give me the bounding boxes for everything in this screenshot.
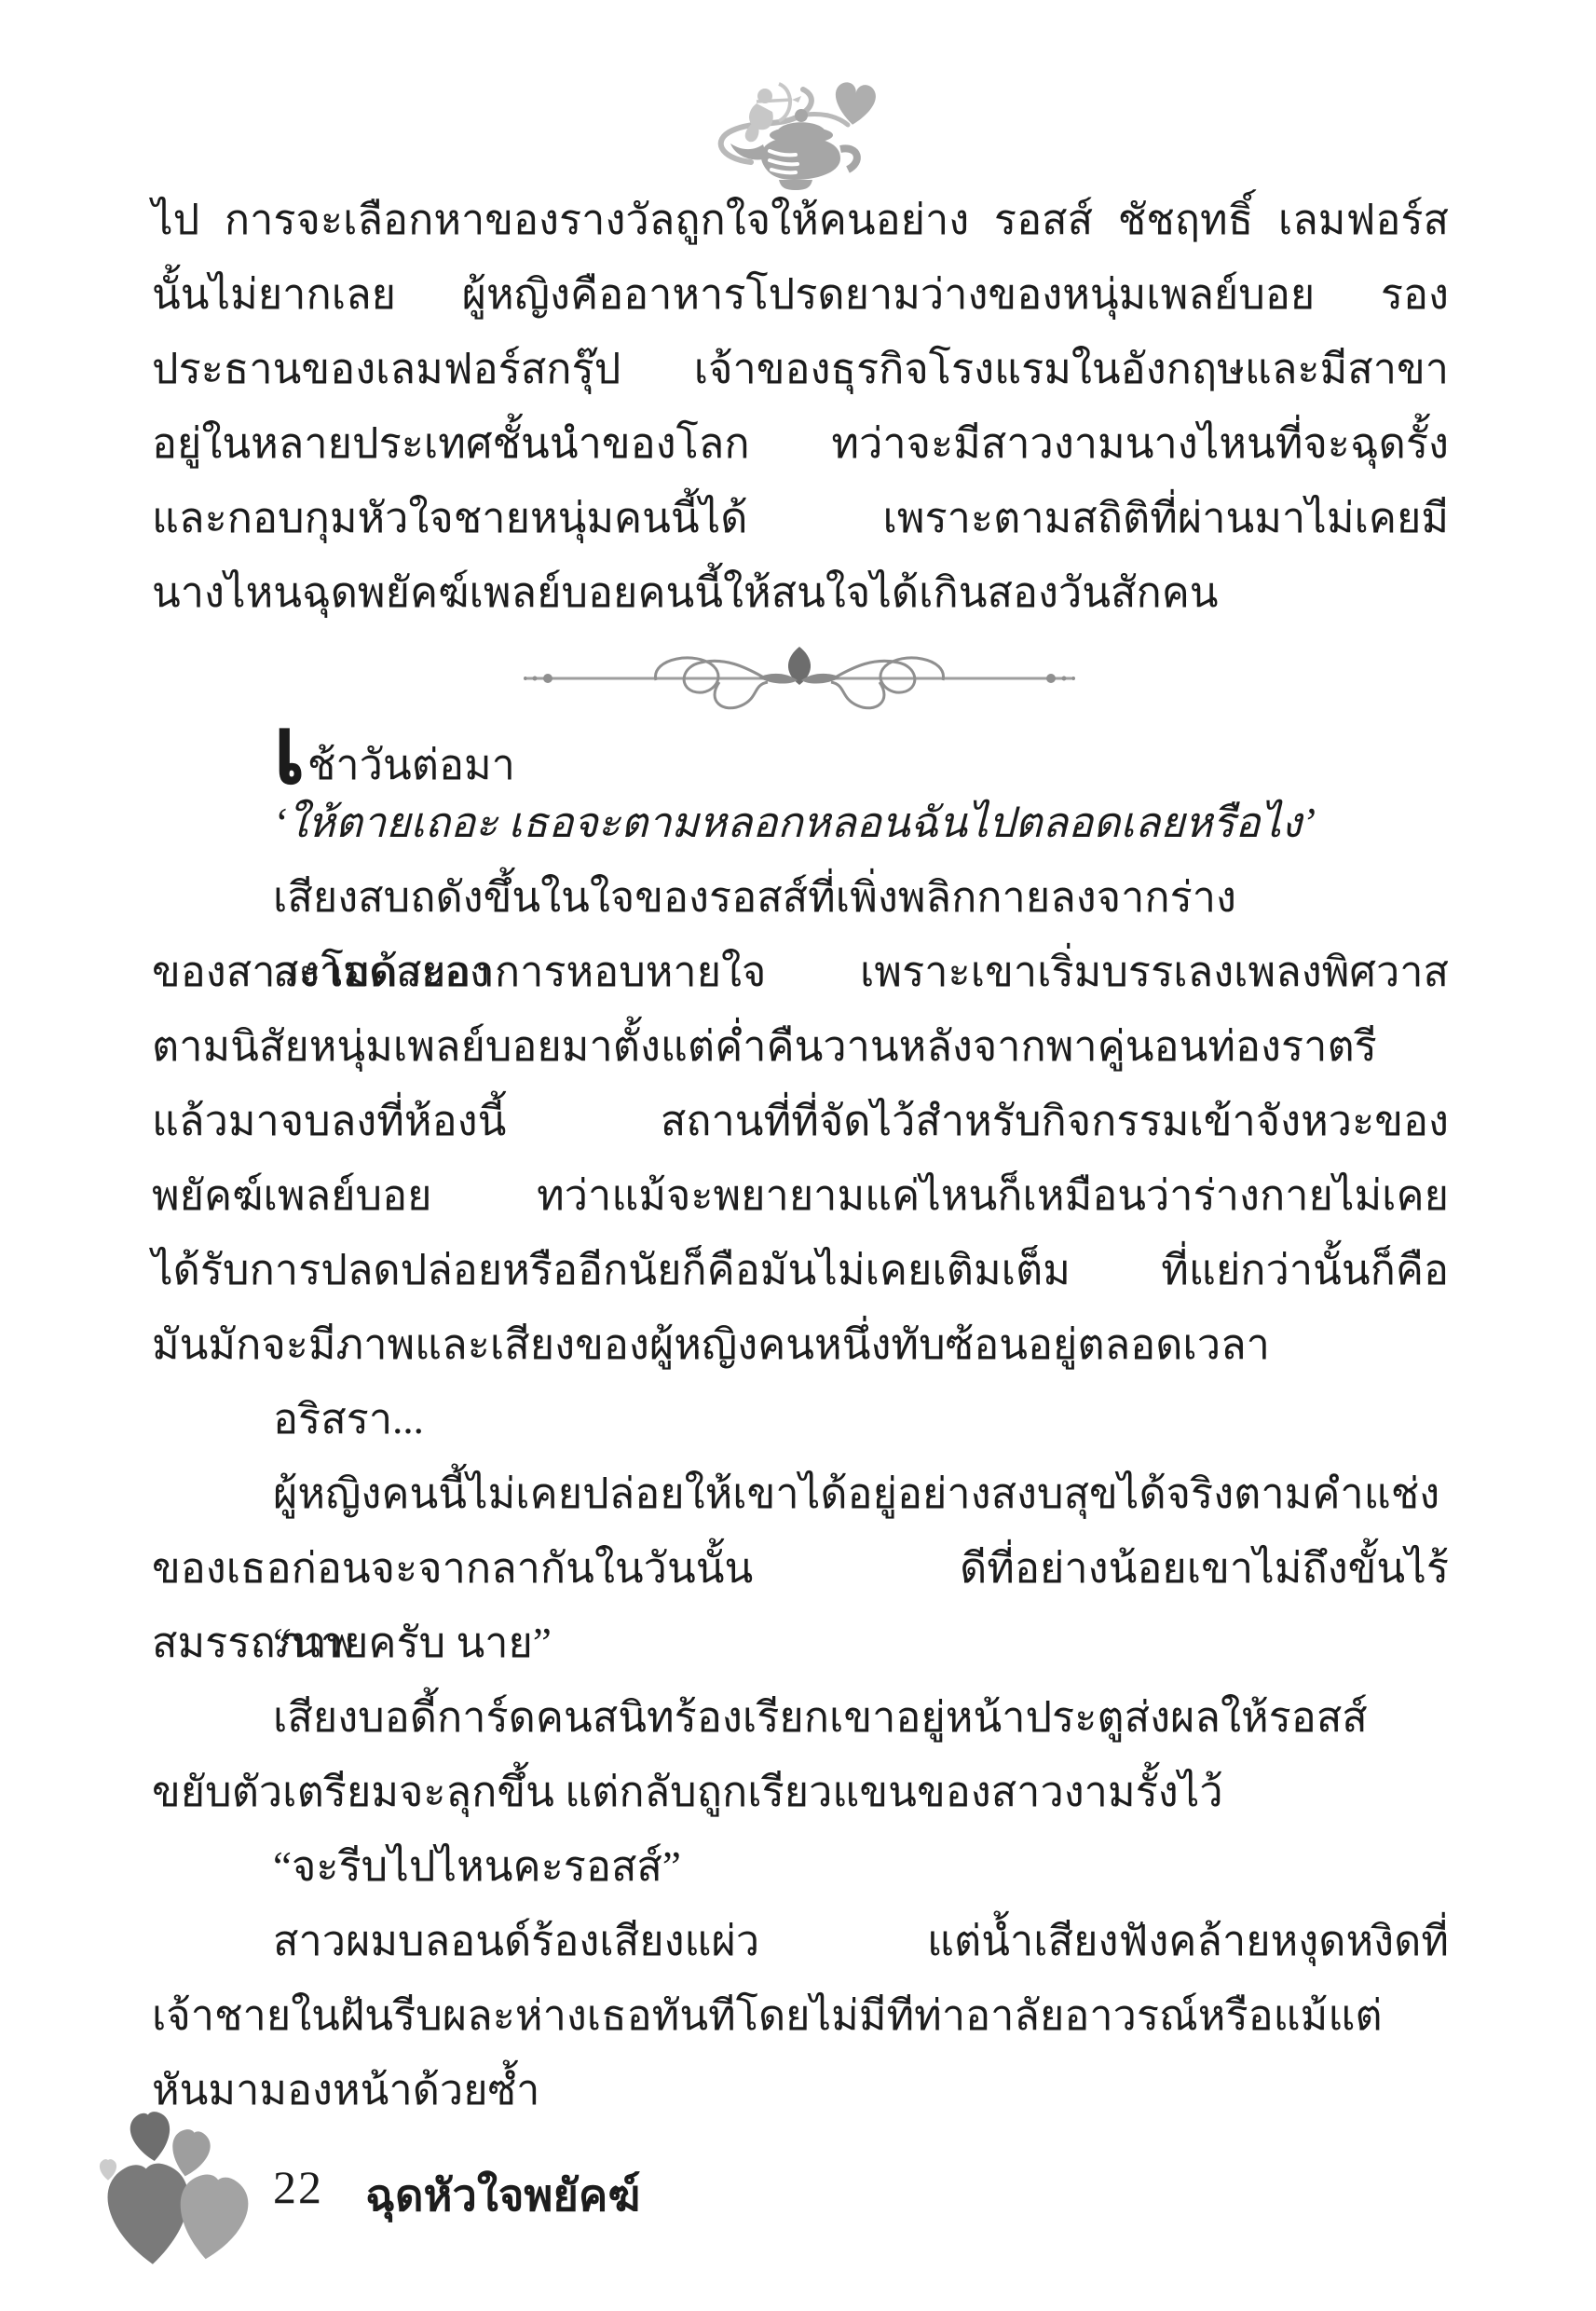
text-line: เจ้าชายในฝันรีบผละห่างเธอทันทีโดยไม่มีที… [152, 1978, 1449, 2053]
dialogue-line: “จะรีบไปไหนคะรอสส์” [152, 1829, 1449, 1904]
drop-cap: เ [273, 715, 306, 789]
text-line: นั้นไม่ยากเลย ผู้หญิงคืออาหารโปรดยามว่าง… [152, 257, 1449, 332]
text-line: เสียงบอดี้การ์ดคนสนิทร้องเรียกเขาอยู่หน้… [152, 1680, 1449, 1755]
inner-thought-quote: ‘ให้ตายเถอะ เธอจะตามหลอกหลอนฉันไปตลอดเลย… [152, 786, 1449, 860]
text-line: ของสาวงามด้วยอาการหอบหายใจ เพราะเขาเริ่ม… [152, 935, 1449, 1009]
text-line: ผู้หญิงคนนี้ไม่เคยปล่อยให้เขาได้อยู่อย่า… [152, 1456, 1449, 1531]
cupid-genie-lamp-icon [691, 73, 907, 192]
text-line: ขยับตัวเตรียมจะลุกขึ้น แต่กลับถูกเรียวแข… [152, 1755, 1449, 1829]
text-line: ไป การจะเลือกหาของรางวัลถูกใจให้คนอย่าง … [152, 183, 1449, 257]
section-opening: เช้าวันต่อมา ‘ให้ตายเถอะ เธอจะตามหลอกหลอ… [152, 711, 1449, 2127]
hearts-cluster-icon [61, 2108, 272, 2272]
text-line: อริสรา... [152, 1382, 1449, 1456]
text-line: แล้วมาจบลงที่ห้องนี้ สถานที่ที่จัดไว้สำห… [152, 1084, 1449, 1158]
text-line: เสียงสบถดังขึ้นในใจของรอสส์ที่เพิ่งพลิกก… [152, 860, 1449, 935]
text-line: พยัคฆ์เพลย์บอย ทว่าแม้จะพยายามแค่ไหนก็เห… [152, 1158, 1449, 1233]
text-line: ของเธอก่อนจะจากลากันในวันนั้น ดีที่อย่าง… [152, 1531, 1449, 1606]
book-title: ฉุดหัวใจพยัคฆ์ [365, 2160, 640, 2230]
text-line: ตามนิสัยหนุ่มเพลย์บอยมาตั้งแต่ค่ำคืนวานห… [152, 1009, 1449, 1084]
text-line: และกอบกุมหัวใจชายหนุ่มคนนี้ได้ เพราะตามส… [152, 481, 1449, 555]
text-line: ได้รับการปลดปล่อยหรืออีกนัยก็คือมันไม่เค… [152, 1233, 1449, 1307]
page-number: 22 [273, 2160, 323, 2214]
paragraph-continuation: ไป การจะเลือกหาของรางวัลถูกใจให้คนอย่าง … [152, 183, 1449, 630]
text-line: หันมามองหน้าด้วยซ้ำ [152, 2053, 1449, 2127]
text-line: อยู่ในหลายประเทศชั้นนำของโลก ทว่าจะมีสาว… [152, 406, 1449, 481]
text-line: มันมักจะมีภาพและเสียงของผู้หญิงคนหนึ่งทั… [152, 1307, 1449, 1382]
text-line: ประธานของเลมฟอร์สกรุ๊ป เจ้าของธุรกิจโรงแ… [152, 332, 1449, 406]
scene-opening-line: เช้าวันต่อมา [152, 711, 1449, 786]
dialogue-line: “นายครับ นาย” [152, 1606, 1449, 1680]
text-line: สาวผมบลอนด์ร้องเสียงแผ่ว แต่น้ำเสียงฟังค… [152, 1904, 1449, 1978]
page: { "page": { "background": "#ffffff", "te… [0, 0, 1596, 2311]
opening-text: ช้าวันต่อมา [307, 742, 515, 788]
text-line: นางไหนฉุดพยัคฆ์เพลย์บอยคนนี้ให้สนใจได้เก… [152, 555, 1449, 630]
